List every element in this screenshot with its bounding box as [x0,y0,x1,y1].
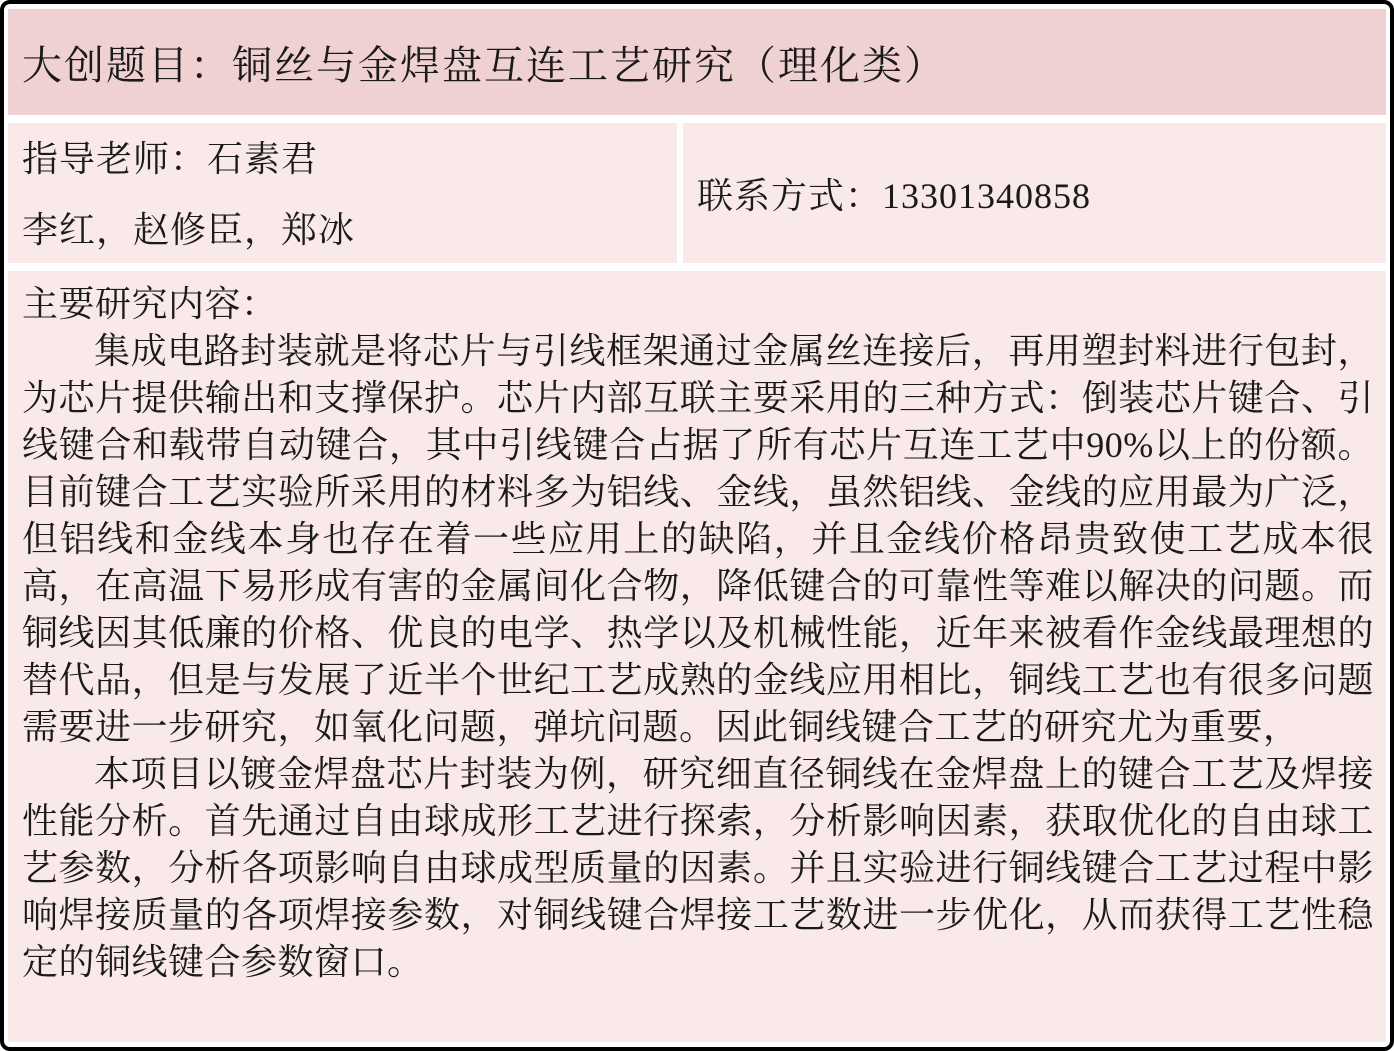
research-content-heading: 主要研究内容： [22,281,1374,328]
project-title: 大创题目：铜丝与金焊盘互连工艺研究（理化类） [22,34,946,91]
contact-line: 联系方式：13301340858 [697,168,1091,219]
info-row: 指导老师：石素君 李红，赵修臣，郑冰 联系方式：13301340858 [8,123,1386,263]
contact-cell: 联系方式：13301340858 [683,123,1386,263]
research-paragraph-1: 集成电路封装就是将芯片与引线框架通过金属丝连接后，再用塑封料进行包封，为芯片提供… [22,328,1374,751]
project-title-cell: 大创题目：铜丝与金焊盘互连工艺研究（理化类） [8,9,1386,115]
content-row: 主要研究内容： 集成电路封装就是将芯片与引线框架通过金属丝连接后，再用塑封料进行… [8,271,1386,1042]
members-line: 李红，赵修臣，郑冰 [22,202,671,253]
research-content-cell: 主要研究内容： 集成电路封装就是将芯片与引线框架通过金属丝连接后，再用塑封料进行… [8,271,1386,1042]
title-row: 大创题目：铜丝与金焊盘互连工艺研究（理化类） [8,9,1386,115]
advisor-line: 指导老师：石素君 [22,131,671,182]
document-page: 大创题目：铜丝与金焊盘互连工艺研究（理化类） 指导老师：石素君 李红，赵修臣，郑… [0,0,1394,1051]
research-paragraph-2: 本项目以镀金焊盘芯片封装为例，研究细直径铜线在金焊盘上的键合工艺及焊接性能分析。… [22,751,1374,986]
advisor-cell: 指导老师：石素君 李红，赵修臣，郑冰 [8,123,677,263]
